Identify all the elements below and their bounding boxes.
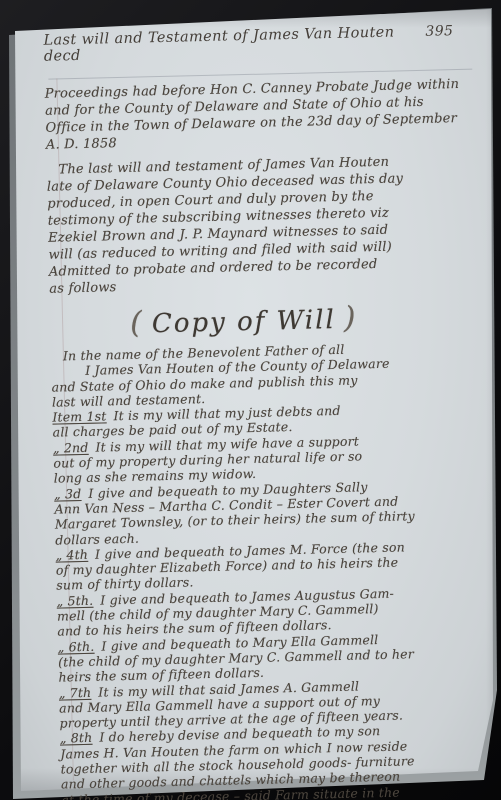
manuscript-content: Last will and Testament of James Van Hou… — [0, 0, 501, 800]
item-marker: „ 4th — [55, 547, 88, 563]
heading-text: Copy of Will — [152, 305, 337, 339]
probate-paragraph: The last will and testament of James Van… — [46, 152, 475, 298]
item-marker: „ 2nd — [53, 440, 89, 456]
heading-flourish-open: ( — [122, 305, 153, 341]
item-marker: „ 3d — [54, 486, 82, 502]
item-marker: „ 5th. — [57, 592, 94, 608]
line-text: dollars each. — [55, 530, 139, 547]
page-title: Last will and Testament of James Van Hou… — [43, 24, 426, 65]
text-column: Proceedings had before Hon C. Canney Pro… — [45, 76, 488, 800]
copy-of-will-heading: (Copy of Will) — [50, 296, 477, 346]
proceedings-paragraph: Proceedings had before Hon C. Canney Pro… — [45, 76, 472, 154]
page-number: 395 — [425, 23, 469, 40]
item-marker: Item 1st — [52, 409, 107, 425]
item-marker: „ 8th — [60, 730, 93, 746]
page-header: Last will and Testament of James Van Hou… — [43, 23, 470, 65]
scan-background: Last will and Testament of James Van Hou… — [0, 0, 501, 800]
will-paragraph: In the name of the Benevolent Father of … — [51, 339, 488, 800]
item-marker: „ 6th. — [58, 638, 95, 654]
heading-flourish-close: ) — [335, 300, 366, 336]
item-marker: „ 7th — [59, 684, 92, 700]
